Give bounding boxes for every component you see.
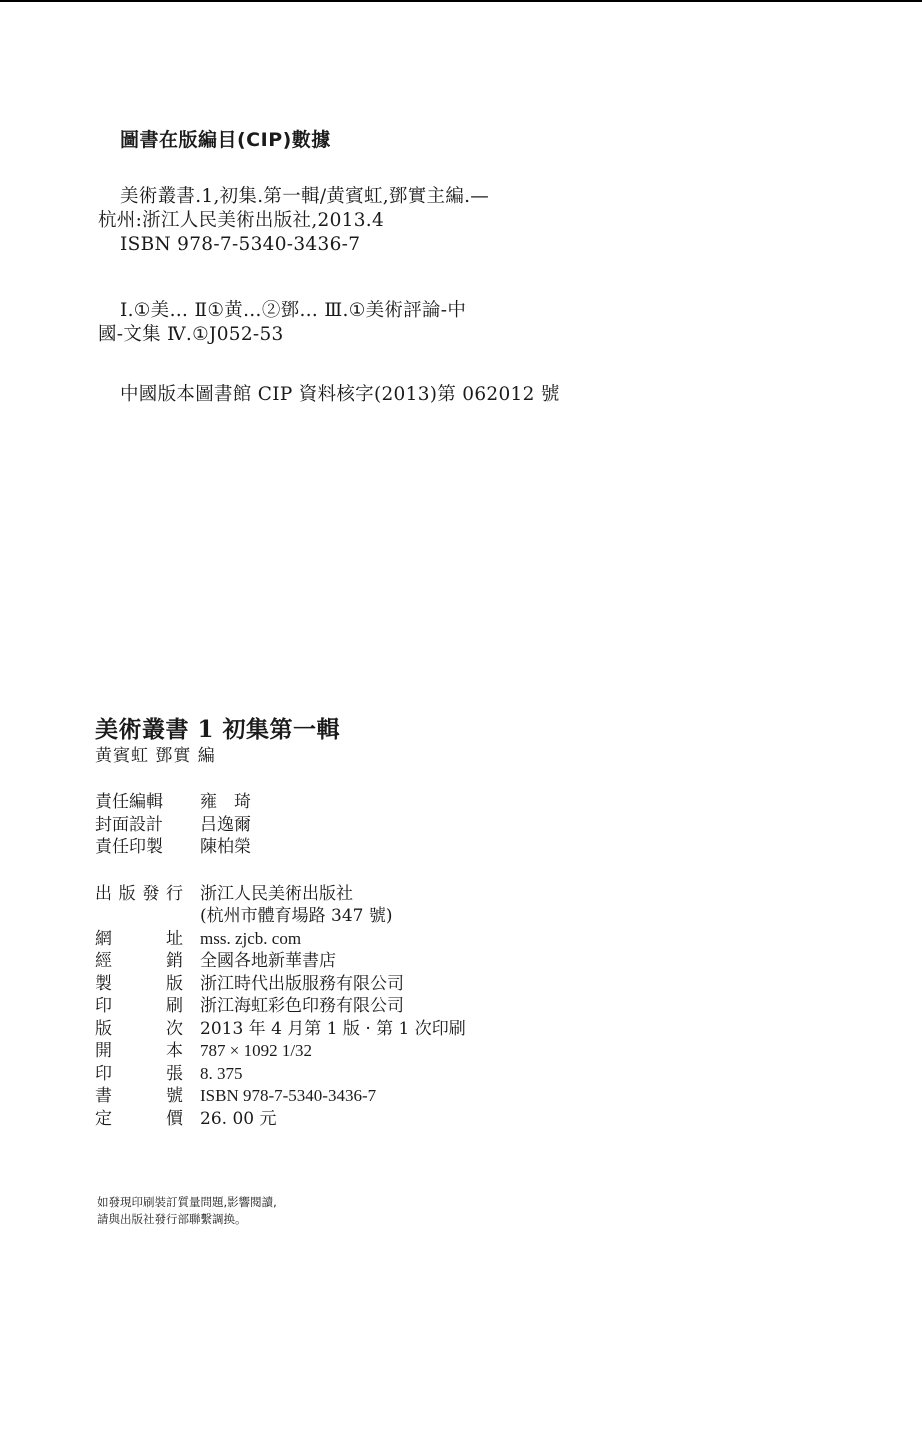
pub-label: 網址 xyxy=(95,928,183,951)
pub-row-format: 開本 787 × 1092 1/32 xyxy=(95,1040,595,1063)
cip-heading: 圖書在版編目(CIP)數據 xyxy=(120,125,331,152)
pub-row-website: 網址 mss. zjcb. com xyxy=(95,928,595,951)
pub-row-publisher: 出版發行 浙江人民美術出版社 xyxy=(95,883,595,906)
pub-value: 浙江海虹彩色印務有限公司 xyxy=(200,995,595,1018)
pub-value: 787 × 1092 1/32 xyxy=(200,1040,595,1063)
cip-isbn-line: ISBN 978-7-5340-3436-7 xyxy=(98,233,489,257)
staff-row-editor: 責任編輯 雍 琦 xyxy=(95,791,595,814)
pub-value: 2013 年 4 月第 1 版 · 第 1 次印刷 xyxy=(200,1018,595,1041)
pub-label: 定價 xyxy=(95,1108,183,1131)
book-editors: 黄賓虹 鄧實 編 xyxy=(95,745,595,767)
cip-entry-line: 杭州:浙江人民美術出版社,2013.4 xyxy=(98,209,489,233)
pub-label: 印刷 xyxy=(95,995,183,1018)
staff-label: 責任編輯 xyxy=(95,791,200,814)
pub-value: mss. zjcb. com xyxy=(200,928,595,951)
pub-value: (杭州市體育場路 347 號) xyxy=(200,905,595,928)
pub-value: 浙江人民美術出版社 xyxy=(200,883,595,906)
cip-subject-line: Ⅰ.①美… Ⅱ①黄…②鄧… Ⅲ.①美術評論-中 xyxy=(98,299,466,323)
staff-label: 責任印製 xyxy=(95,836,200,859)
pub-row-isbn: 書號 ISBN 978-7-5340-3436-7 xyxy=(95,1085,595,1108)
colophon-block: 美術叢書 1 初集第一輯 黄賓虹 鄧實 編 責任編輯 雍 琦 封面設計 吕逸爾 … xyxy=(95,715,595,1130)
staff-row-print-production: 責任印製 陳柏榮 xyxy=(95,836,595,859)
pub-value: ISBN 978-7-5340-3436-7 xyxy=(200,1085,595,1108)
cip-subject-line: 國-文集 Ⅳ.①J052-53 xyxy=(98,323,466,347)
publication-details: 出版發行 浙江人民美術出版社 (杭州市體育場路 347 號) 網址 mss. z… xyxy=(95,883,595,1131)
top-border-rule xyxy=(0,0,922,2)
pub-value: 浙江時代出版服務有限公司 xyxy=(200,973,595,996)
cip-catalog-entry: 美術叢書.1,初集.第一輯/黄賓虹,鄧實主編.— 杭州:浙江人民美術出版社,20… xyxy=(98,185,489,257)
pub-value: 26. 00 元 xyxy=(200,1108,595,1131)
pub-row-price: 定價 26. 00 元 xyxy=(95,1108,595,1131)
pub-label: 出版發行 xyxy=(95,883,183,906)
quality-notice: 如發現印刷裝訂質量問題,影響閱讀, 請與出版社發行部聯繫調换。 xyxy=(97,1194,277,1228)
pub-value: 全國各地新華書店 xyxy=(200,950,595,973)
pub-row-printer: 印刷 浙江海虹彩色印務有限公司 xyxy=(95,995,595,1018)
cip-subject-entry: Ⅰ.①美… Ⅱ①黄…②鄧… Ⅲ.①美術評論-中 國-文集 Ⅳ.①J052-53 xyxy=(98,299,466,347)
staff-label: 封面設計 xyxy=(95,814,200,837)
staff-value: 雍 琦 xyxy=(200,791,595,814)
cip-entry-line: 美術叢書.1,初集.第一輯/黄賓虹,鄧實主編.— xyxy=(98,185,489,209)
pub-row-publisher-address: (杭州市體育場路 347 號) xyxy=(95,905,595,928)
pub-label: 開本 xyxy=(95,1040,183,1063)
staff-row-cover-design: 封面設計 吕逸爾 xyxy=(95,814,595,837)
pub-label: 經銷 xyxy=(95,950,183,973)
pub-row-distributor: 經銷 全國各地新華書店 xyxy=(95,950,595,973)
staff-value: 吕逸爾 xyxy=(200,814,595,837)
pub-row-printed-sheets: 印張 8. 375 xyxy=(95,1063,595,1086)
staff-list: 責任編輯 雍 琦 封面設計 吕逸爾 責任印製 陳柏榮 xyxy=(95,791,595,859)
pub-label: 書號 xyxy=(95,1085,183,1108)
pub-value: 8. 375 xyxy=(200,1063,595,1086)
cip-registry-line: 中國版本圖書館 CIP 資料核字(2013)第 062012 號 xyxy=(98,383,560,407)
notice-line: 如發現印刷裝訂質量問題,影響閱讀, xyxy=(97,1194,277,1211)
pub-label: 版次 xyxy=(95,1018,183,1041)
pub-row-prepress: 製版 浙江時代出版服務有限公司 xyxy=(95,973,595,996)
pub-label: 印張 xyxy=(95,1063,183,1086)
pub-row-edition: 版次 2013 年 4 月第 1 版 · 第 1 次印刷 xyxy=(95,1018,595,1041)
notice-line: 請與出版社發行部聯繫調换。 xyxy=(97,1211,277,1228)
pub-label: 製版 xyxy=(95,973,183,996)
book-title: 美術叢書 1 初集第一輯 xyxy=(95,715,595,745)
cip-registry-entry: 中國版本圖書館 CIP 資料核字(2013)第 062012 號 xyxy=(98,383,560,407)
staff-value: 陳柏榮 xyxy=(200,836,595,859)
